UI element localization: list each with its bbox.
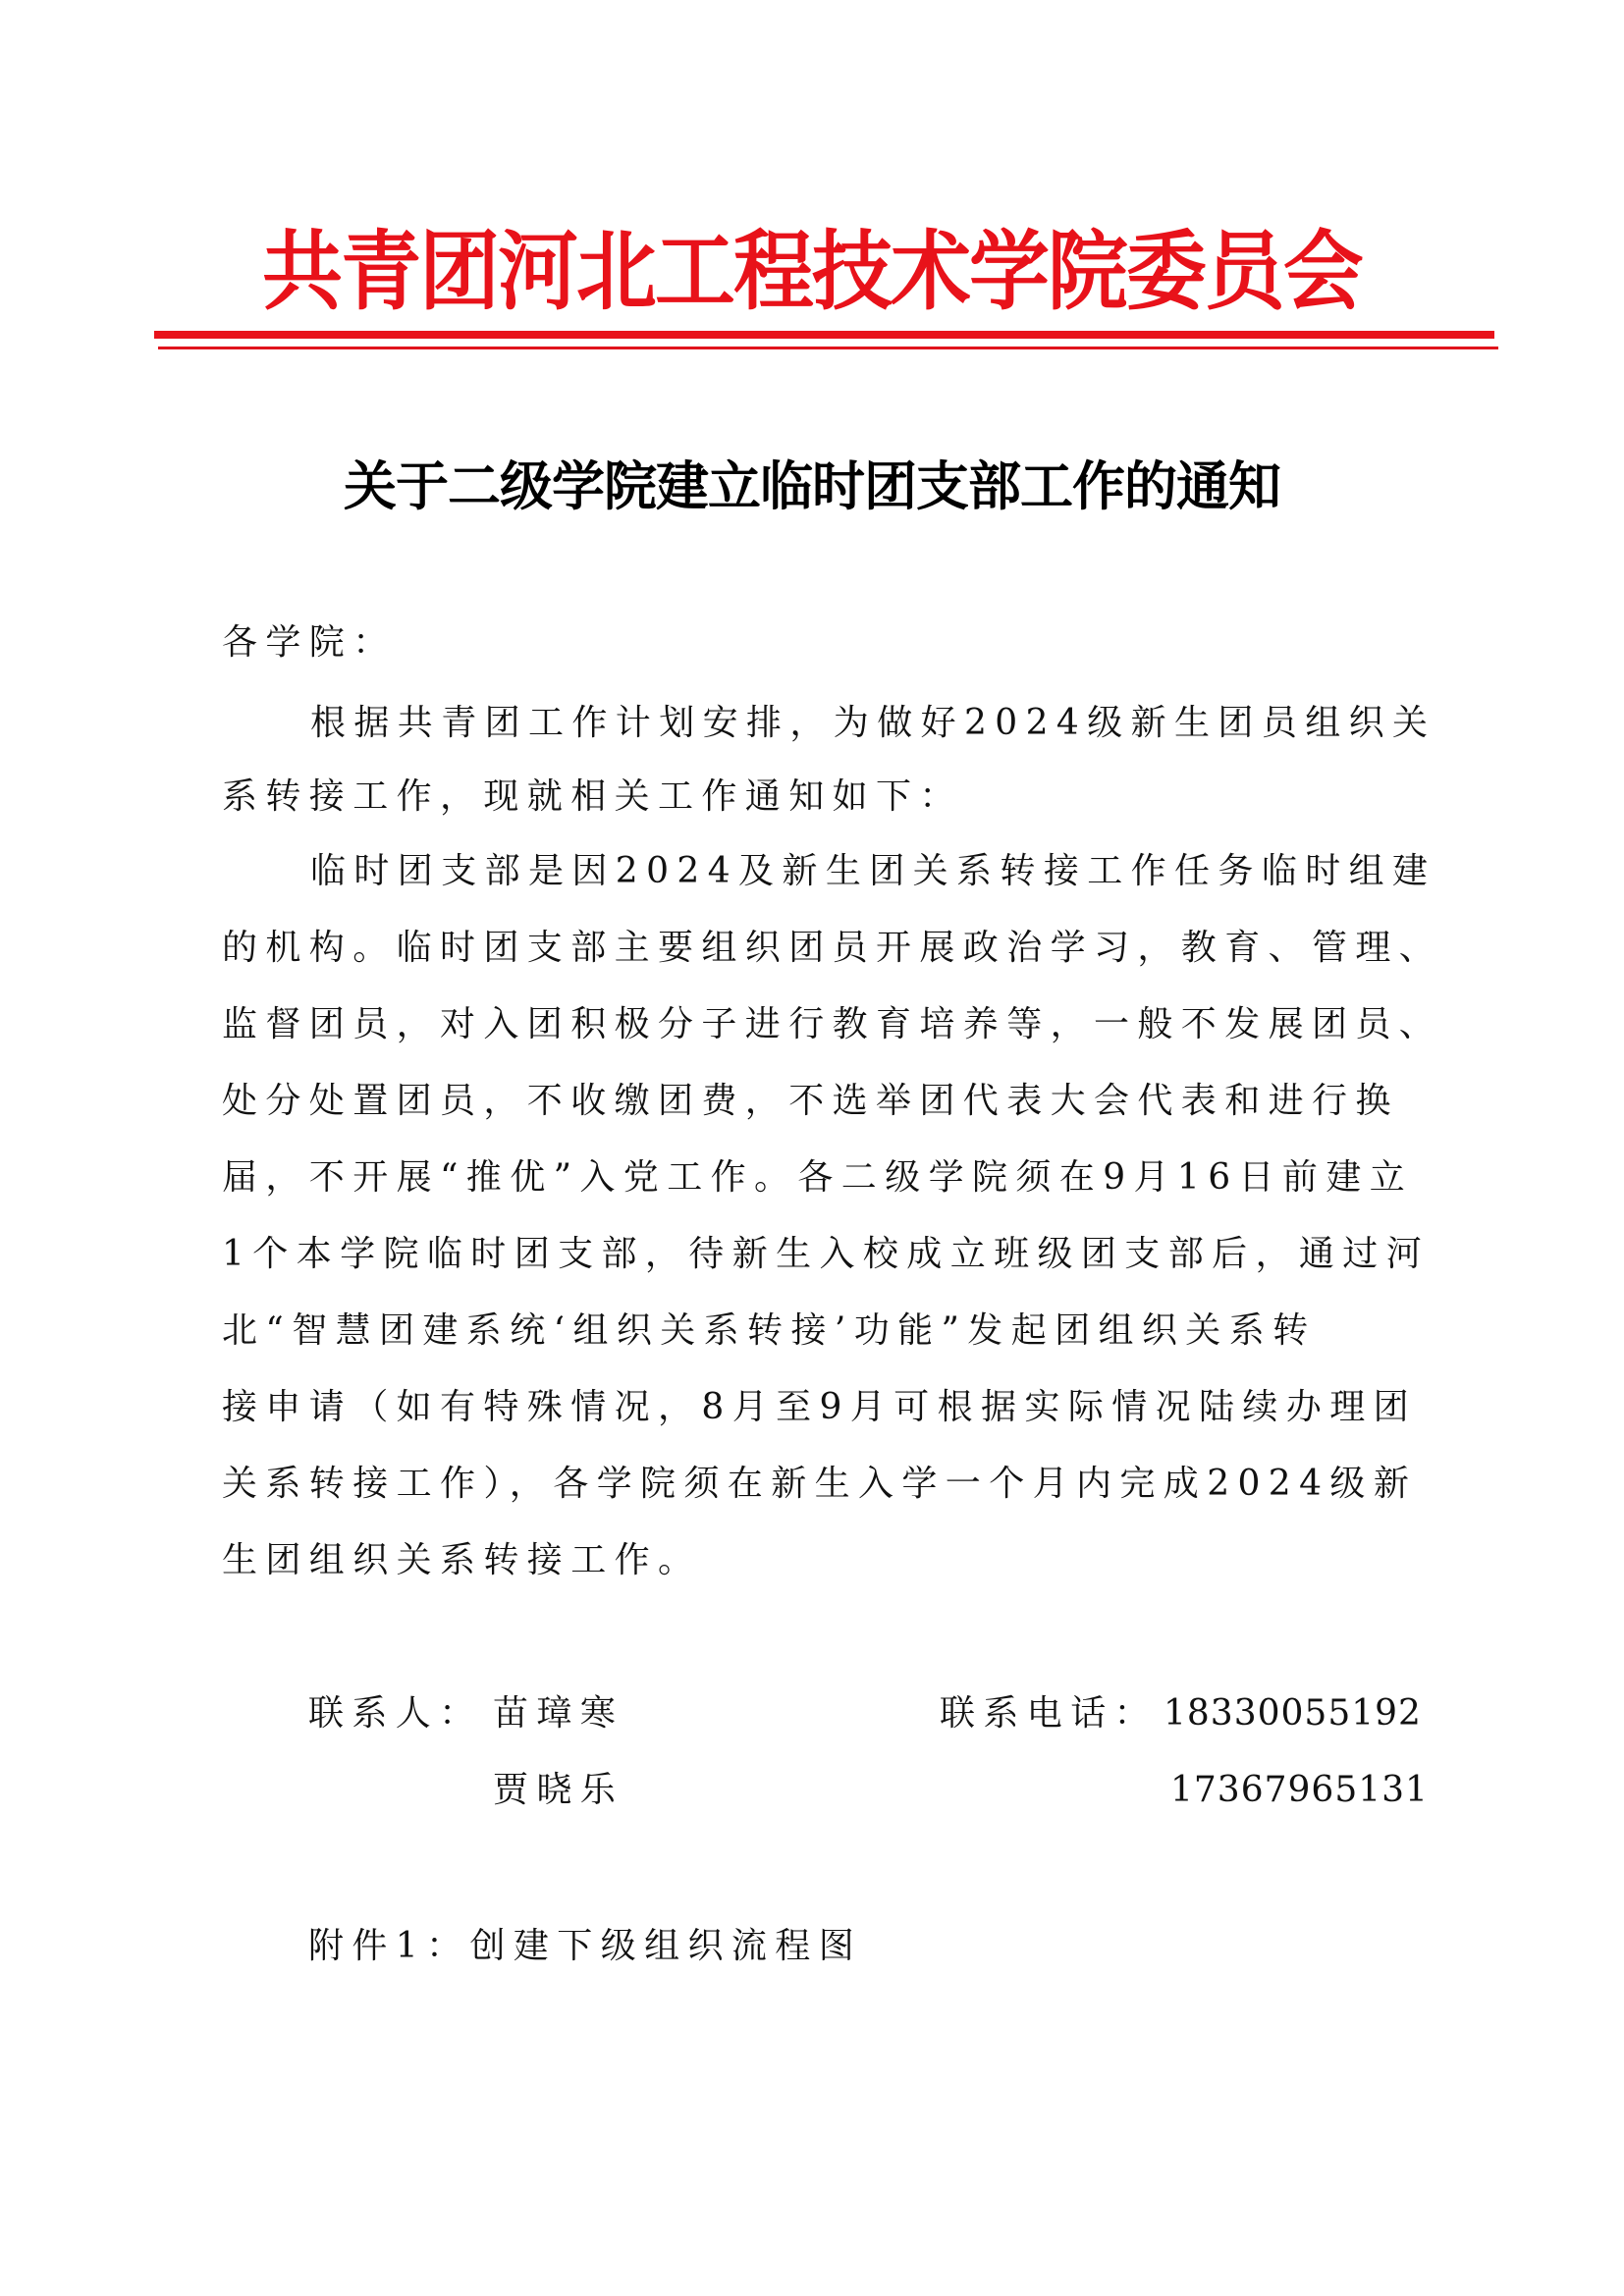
contact-name: 贾晓乐 — [493, 1769, 623, 1812]
body-line: 处分处置团员，不收缴团费，不选举团代表大会代表和进行换 — [222, 1080, 1399, 1123]
contact-phone: 18330055192 — [1164, 1692, 1422, 1735]
attachment-note: 附件1：创建下级组织流程图 — [308, 1925, 862, 1968]
body-line: 1个本学院临时团支部，待新生入校成立班级团支部后，通过河 — [222, 1233, 1430, 1276]
body-line: 系转接工作，现就相关工作通知如下： — [222, 775, 963, 819]
header-rule-thick — [154, 331, 1494, 339]
body-line: 接申请（如有特殊情况，8月至9月可根据实际情况陆续办理团 — [222, 1386, 1417, 1429]
document-title: 关于二级学院建立临时团支部工作的通知 — [0, 454, 1624, 518]
organization-header: 共青团河北工程技术学院委员会 — [57, 218, 1567, 326]
body-line: 北“智慧团建系统‘组织关系转接’功能”发起团组织关系转 — [222, 1309, 1317, 1353]
header-rule-thin — [158, 347, 1498, 349]
body-line: 监督团员，对入团积极分子进行教育培养等，一般不发展团员、 — [222, 1003, 1442, 1046]
body-line: 关系转接工作），各学院须在新生入学一个月内完成2024级新 — [222, 1463, 1417, 1506]
contact-phone: 17367965131 — [1170, 1769, 1429, 1812]
contact-name: 苗璋寒 — [493, 1692, 623, 1735]
body-line: 根据共青团工作计划安排，为做好2024级新生团员组织关 — [310, 702, 1435, 745]
body-line: 届，不开展“推优”入党工作。各二级学院须在9月16日前建立 — [222, 1156, 1413, 1200]
salutation: 各学院： — [222, 621, 397, 665]
body-line: 生团组织关系转接工作。 — [222, 1539, 701, 1582]
contact-label: 联系人： — [308, 1692, 483, 1735]
body-line: 的机构。临时团支部主要组织团员开展政治学习，教育、管理、 — [222, 927, 1442, 970]
body-line: 临时团支部是因2024及新生团关系转接工作任务临时组建 — [310, 850, 1435, 893]
phone-label: 联系电话： — [940, 1692, 1158, 1735]
